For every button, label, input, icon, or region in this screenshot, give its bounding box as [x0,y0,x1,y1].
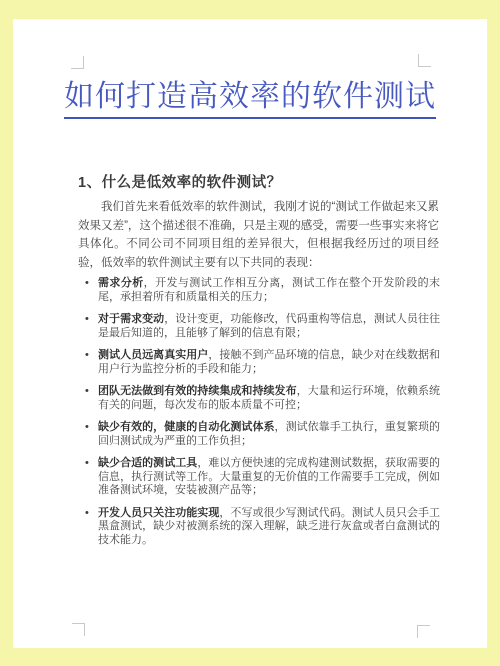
document-title: 如何打造高效率的软件测试 [13,80,487,119]
bullet-lead: 缺少合适的测试工具 [98,457,197,469]
list-item: • 缺少合适的测试工具，难以方便快速的完成构建测试数据，获取需要的信息，执行测试… [85,457,440,498]
intro-paragraph: 我们首先来看低效率的软件测试，我刚才说的“测试工作做起来又累效果又差”，这个描述… [78,198,439,272]
text-boundary-mark-top-right [418,54,431,67]
text-boundary-mark-bottom-right [417,625,430,638]
list-item: • 需求分析，开发与测试工作相互分离，测试工作在整个开发阶段的末尾，承担着所有和… [85,277,440,304]
text-boundary-mark-top-left [71,56,84,69]
bullet-lead: 测试人员远离真实用户 [98,349,208,361]
list-item-text: 对于需求变动，设计变更，功能修改，代码重构等信息，测试人员往往是最后知道的，且能… [98,313,440,340]
list-item: • 对于需求变动，设计变更，功能修改，代码重构等信息，测试人员往往是最后知道的，… [85,313,440,340]
bullet-icon: • [85,385,98,399]
bullet-lead: 缺少有效的，健康的自动化测试体系 [98,421,275,433]
text-boundary-mark-bottom-left [72,623,85,636]
list-item: • 测试人员远离真实用户，接触不到产品环境的信息，缺少对在线数据和用户行为监控分… [85,349,440,376]
bullet-list: • 需求分析，开发与测试工作相互分离，测试工作在整个开发阶段的末尾，承担着所有和… [85,277,440,556]
list-item-text: 团队无法做到有效的持续集成和持续发布，大量和运行环境，依赖系统有关的问题，每次发… [98,385,440,412]
bullet-icon: • [85,421,98,435]
bullet-body: ，开发与测试工作相互分离，测试工作在整个开发阶段的末尾，承担着所有和质量相关的压… [98,277,440,303]
bullet-lead: 团队无法做到有效的持续集成和持续发布 [98,385,297,397]
bullet-icon: • [85,349,98,363]
bullet-lead: 开发人员只关注功能实现 [98,507,219,519]
bullet-icon: • [85,507,98,521]
list-item-text: 缺少有效的，健康的自动化测试体系，测试依靠手工执行，重复繁琐的回归测试成为严重的… [98,421,440,448]
document-title-text: 如何打造高效率的软件测试 [64,80,436,119]
list-item-text: 需求分析，开发与测试工作相互分离，测试工作在整个开发阶段的末尾，承担着所有和质量… [98,277,440,304]
list-item: • 开发人员只关注功能实现，不写或很少写测试代码。测试人员只会手工黑盒测试，缺少… [85,507,440,548]
section-heading: 1、什么是低效率的软件测试？ [78,174,282,192]
list-item-text: 缺少合适的测试工具，难以方便快速的完成构建测试数据，获取需要的信息，执行测试等工… [98,457,440,498]
photo-background: 如何打造高效率的软件测试 1、什么是低效率的软件测试？ 我们首先来看低效率的软件… [0,0,500,666]
bullet-icon: • [85,277,98,291]
list-item: • 团队无法做到有效的持续集成和持续发布，大量和运行环境，依赖系统有关的问题，每… [85,385,440,412]
document-page: 如何打造高效率的软件测试 1、什么是低效率的软件测试？ 我们首先来看低效率的软件… [13,19,487,648]
list-item-text: 开发人员只关注功能实现，不写或很少写测试代码。测试人员只会手工黑盒测试，缺少对被… [98,507,440,548]
bullet-lead: 需求分析 [98,277,144,289]
list-item-text: 测试人员远离真实用户，接触不到产品环境的信息，缺少对在线数据和用户行为监控分析的… [98,349,440,376]
bullet-icon: • [85,313,98,327]
list-item: • 缺少有效的，健康的自动化测试体系，测试依靠手工执行，重复繁琐的回归测试成为严… [85,421,440,448]
bullet-lead: 对于需求变动 [98,313,164,325]
bullet-icon: • [85,457,98,471]
